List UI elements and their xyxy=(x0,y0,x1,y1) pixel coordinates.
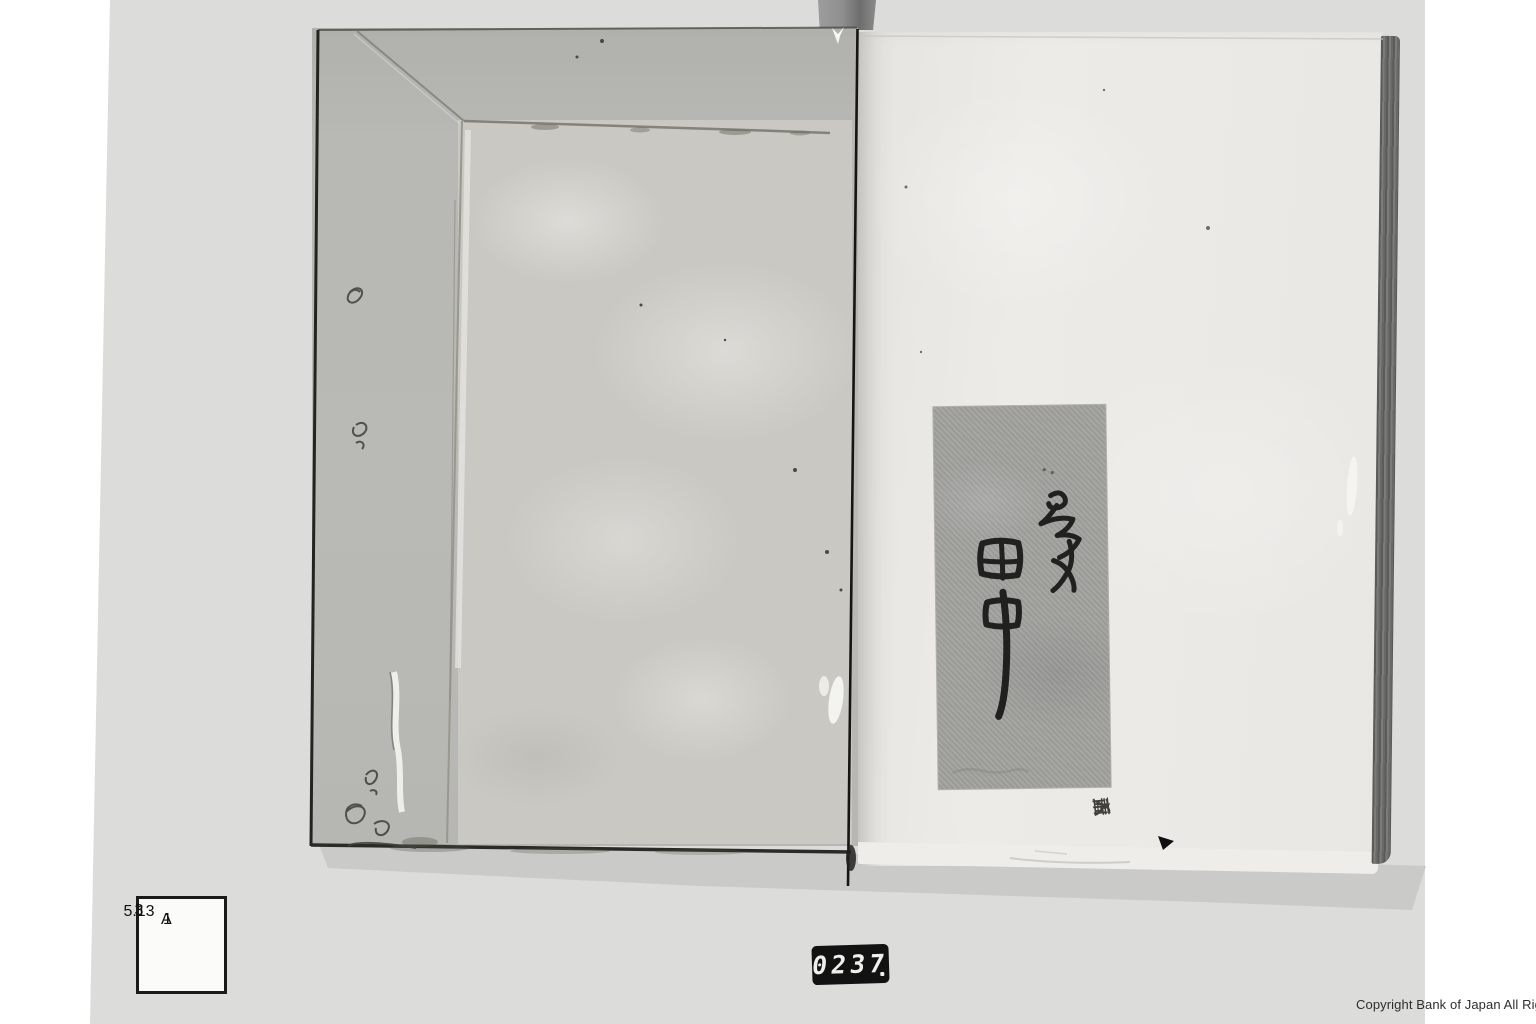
calligraphy-signature-svg xyxy=(933,405,1110,789)
shelf-card-volume: 3 xyxy=(135,902,144,920)
shelf-number-card: 5.13 A 1 3 xyxy=(136,896,227,994)
annotation-char: 六 xyxy=(1088,796,1116,817)
archival-scan-viewport: 酉 千 五 六 xyxy=(0,0,1536,1024)
book-clamp xyxy=(818,0,876,30)
cover-pastedown-panel xyxy=(458,120,852,844)
copyright-notice: Copyright Bank of Japan All Rights Reser… xyxy=(1356,997,1534,1012)
frame-counter-digits: 0237 xyxy=(810,944,891,986)
shelf-card-index: 1 xyxy=(163,911,172,929)
frame-counter-decimal-point xyxy=(880,972,884,976)
frame-counter-display: 0237 xyxy=(811,944,889,985)
ownership-label xyxy=(933,405,1110,789)
